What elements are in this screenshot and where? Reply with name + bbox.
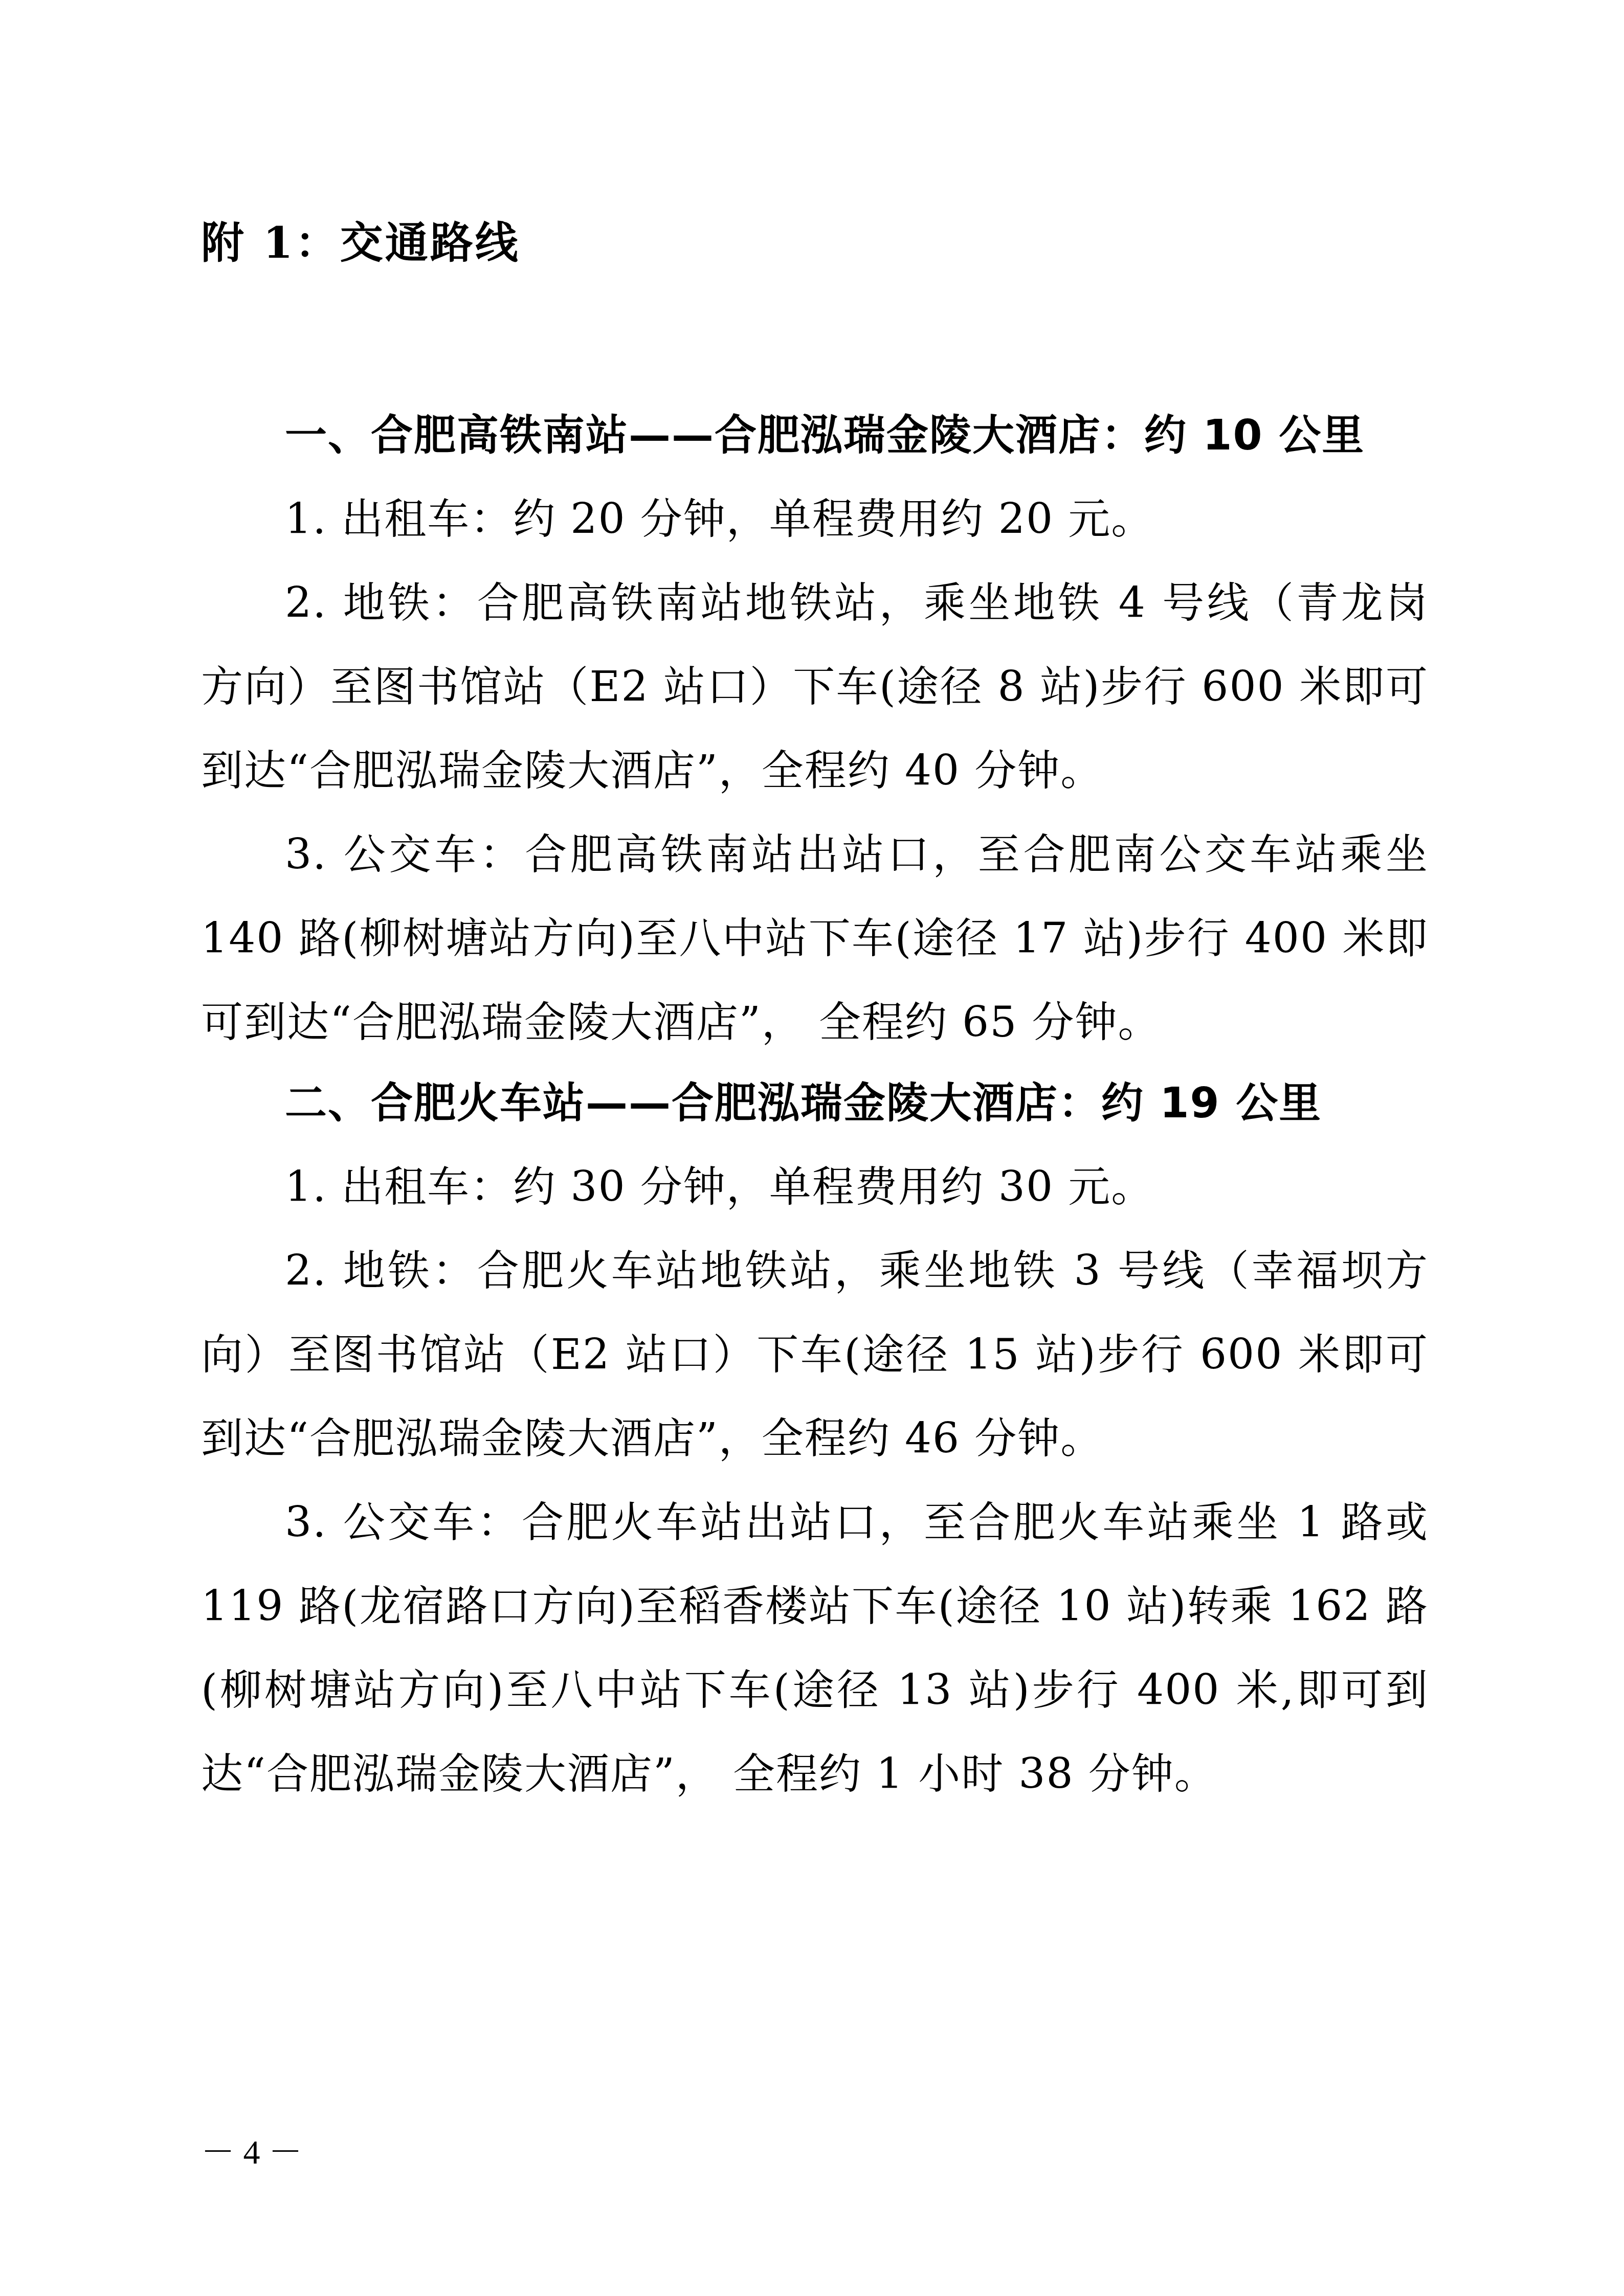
route-metro: 2. 地铁：合肥火车站地铁站，乘坐地铁 3 号线（幸福坝方向）至图书馆站（E2 …	[201, 1229, 1429, 1481]
page-number: － 4 －	[201, 2132, 302, 2173]
route-bus: 3. 公交车：合肥火车站出站口，至合肥火车站乘坐 1 路或 119 路(龙宿路口…	[201, 1481, 1429, 1816]
document-page: 附 1：交通路线 一、合肥高铁南站——合肥泓瑞金陵大酒店：约 10 公里 1. …	[0, 0, 1624, 2296]
route-metro: 2. 地铁：合肥高铁南站地铁站，乘坐地铁 4 号线（青龙岗方向）至图书馆站（E2…	[201, 561, 1429, 813]
route-bus: 3. 公交车：合肥高铁南站出站口，至合肥南公交车站乘坐 140 路(柳树塘站方向…	[201, 813, 1429, 1065]
section-heading-high-speed-rail: 一、合肥高铁南站——合肥泓瑞金陵大酒店：约 10 公里	[201, 394, 1429, 478]
section-heading-railway-station: 二、合肥火车站——合肥泓瑞金陵大酒店：约 19 公里	[201, 1062, 1429, 1145]
section-1: 一、合肥高铁南站——合肥泓瑞金陵大酒店：约 10 公里 1. 出租车：约 20 …	[201, 394, 1429, 1065]
section-2: 二、合肥火车站——合肥泓瑞金陵大酒店：约 19 公里 1. 出租车：约 30 分…	[201, 1062, 1429, 1816]
route-taxi: 1. 出租车：约 20 分钟，单程费用约 20 元。	[201, 478, 1429, 561]
page-title: 附 1：交通路线	[201, 217, 520, 268]
route-taxi: 1. 出租车：约 30 分钟，单程费用约 30 元。	[201, 1145, 1429, 1229]
